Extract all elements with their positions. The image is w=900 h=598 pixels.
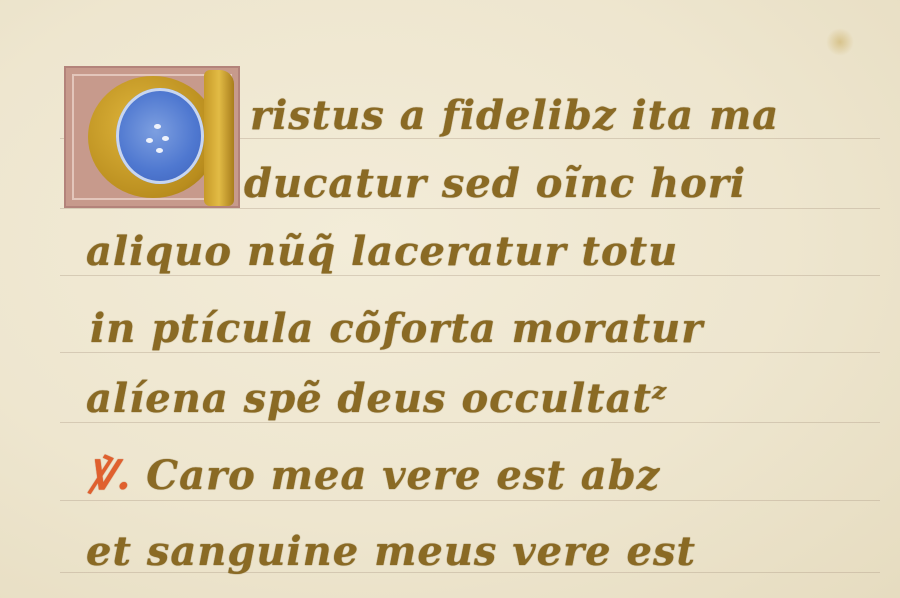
ruling-line: [60, 352, 880, 353]
text-line-3: aliquo nũq̃ laceratur totu: [86, 228, 678, 275]
flower-dot-icon: [146, 138, 153, 143]
stain-spot: [826, 28, 854, 56]
text-line-7: et sanguine meus vere est: [86, 528, 696, 575]
illuminated-initial: [64, 66, 240, 208]
flower-dot-icon: [156, 148, 163, 153]
text-line-4: in ptícula cõforta moratur: [90, 305, 703, 352]
initial-blue-infill: [116, 88, 204, 184]
text-line-6-body: Caro mea vere est abz: [146, 452, 660, 499]
text-line-6: ℣. Caro mea vere est abz: [88, 452, 660, 499]
ruling-line: [60, 500, 880, 501]
text-line-1: ristus a fidelibz ita ma: [250, 92, 779, 139]
flower-dot-icon: [162, 136, 169, 141]
text-line-2: ducatur sed oĩnc hori: [244, 160, 746, 207]
ruling-line: [60, 422, 880, 423]
ruling-line: [60, 275, 880, 276]
text-line-5: alíena spẽ deus occultatᶻ: [86, 375, 667, 422]
ruling-line: [60, 208, 880, 209]
initial-gold-stem: [204, 70, 234, 206]
versicle-rubric: ℣.: [88, 452, 131, 499]
flower-dot-icon: [154, 124, 161, 129]
